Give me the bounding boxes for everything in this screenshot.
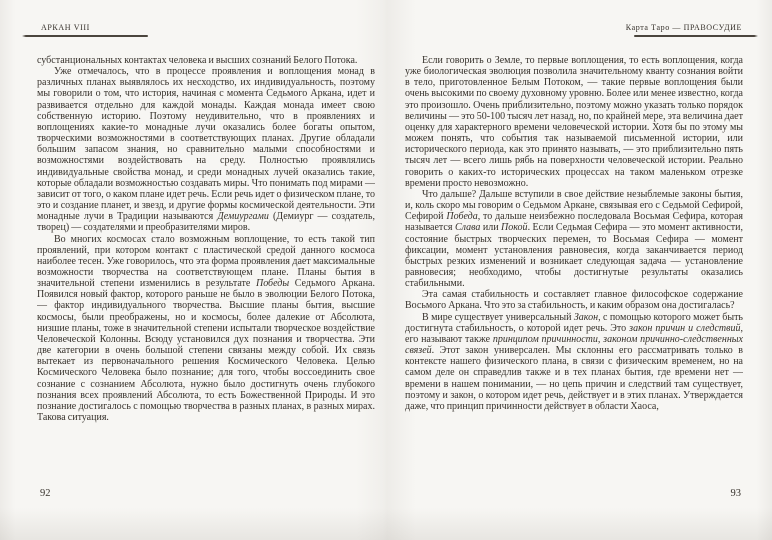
text-run: Если говорить о Земле, то первые воплоще… (405, 55, 743, 189)
text-run: Победы (256, 278, 289, 289)
text-run: В мире существует универсальный (422, 312, 574, 323)
text-run: Уже отмечалось, что в процессе проявлени… (37, 66, 375, 222)
book-spread: АРКАН VIII Карта Таро — ПРАВОСУДИЕ субст… (0, 0, 772, 540)
text-run: Покой (501, 222, 528, 233)
paragraph: Во многих космосах стало возможным вопло… (37, 234, 375, 424)
text-run: Седьмого Аркана. Появился новый фактор, … (37, 278, 375, 423)
paragraph: Уже отмечалось, что в процессе проявлени… (37, 66, 375, 233)
page-number-left: 92 (40, 488, 51, 499)
paragraph: Эта самая стабильность и составляет глав… (405, 289, 743, 311)
running-header-left: АРКАН VIII (41, 23, 90, 32)
text-run: Закон (574, 312, 598, 323)
running-header-left-text: АРКАН VIII (41, 23, 90, 32)
text-run: Победа (446, 211, 477, 222)
paragraph: Если говорить о Земле, то первые воплоще… (405, 55, 743, 189)
text-run: . Этот закон универсален. Мы склонны его… (405, 345, 743, 412)
text-run: или (480, 222, 501, 233)
running-header-right-text: Карта Таро — ПРАВОСУДИЕ (626, 23, 742, 32)
page-number-right: 93 (731, 488, 742, 499)
page-body-right: Если говорить о Земле, то первые воплоще… (405, 55, 743, 479)
text-run: закон причин и следствий (629, 323, 740, 334)
page-body-left: субстанциональных контактах человека и в… (37, 55, 375, 479)
text-run: субстанциональных контактах человека и в… (37, 55, 357, 66)
header-rule-left (22, 35, 148, 37)
text-run: Демиургами (217, 211, 269, 222)
header-rule-right (634, 35, 758, 37)
running-header-right: Карта Таро — ПРАВОСУДИЕ (626, 23, 742, 32)
paragraph: субстанциональных контактах человека и в… (37, 55, 375, 66)
paragraph: В мире существует универсальный Закон, с… (405, 312, 743, 412)
paragraph: Что дальше? Дальше вступили в свое дейст… (405, 189, 743, 289)
text-run: Эта самая стабильность и составляет глав… (405, 289, 743, 311)
text-run: Слава (455, 222, 480, 233)
